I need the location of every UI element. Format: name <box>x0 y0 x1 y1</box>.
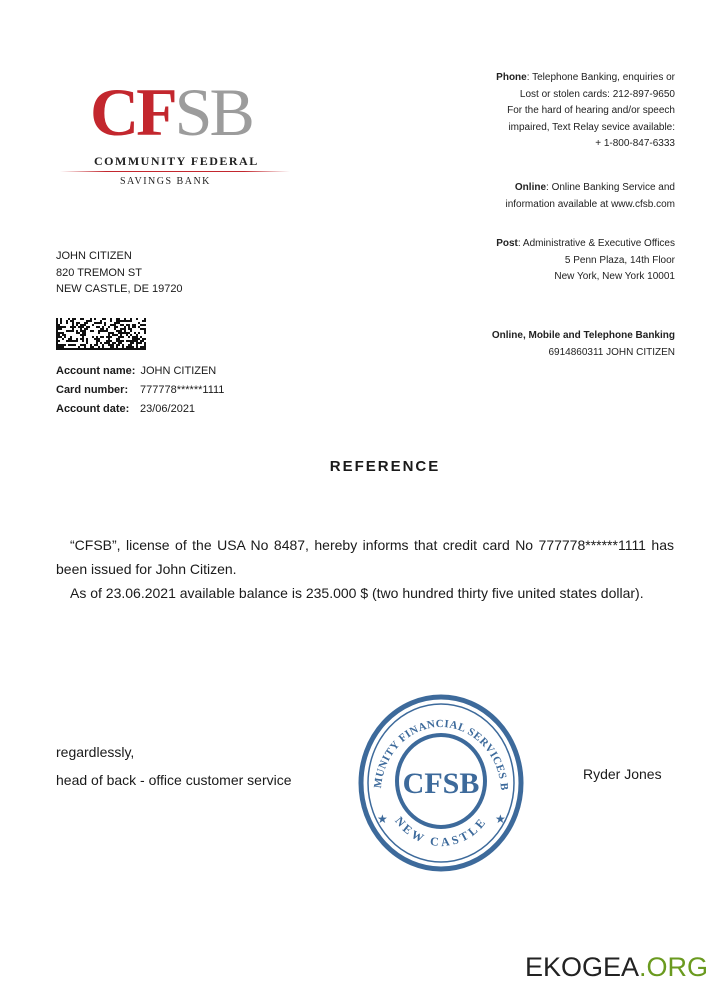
contact-phone: Phone: Telephone Banking, enquiries or L… <box>415 70 675 153</box>
watermark-name: EKOGEA <box>525 952 639 982</box>
logo-mark-red: CF <box>90 74 175 150</box>
post-line: New York, New York 10001 <box>415 269 675 286</box>
banking-label: Online, Mobile and Telephone Banking <box>492 330 675 341</box>
contact-post: Post: Administrative & Executive Offices… <box>415 236 675 286</box>
reference-body: “CFSB”, license of the USA No 8487, here… <box>56 533 674 605</box>
post-line: : Administrative & Executive Offices <box>518 238 675 249</box>
signer-title: head of back - office customer service <box>56 766 292 794</box>
online-label: Online <box>515 182 546 193</box>
online-line: information available at www.cfsb.com <box>415 197 675 214</box>
banking-account-line: 6914860311 JOHN CITIZEN <box>415 345 675 362</box>
recipient-address: JOHN CITIZEN 820 TREMON ST NEW CASTLE, D… <box>56 248 183 298</box>
closing-salutation: regardlessly, <box>56 738 292 766</box>
card-number-value: 777778******1111 <box>140 384 224 396</box>
stamp-star-left-icon: ★ <box>377 812 388 826</box>
account-name-row: Account name:JOHN CITIZEN <box>56 362 224 381</box>
stamp-center-text: CFSB <box>403 767 480 800</box>
logo-line-1: COMMUNITY FEDERAL <box>94 154 259 169</box>
account-name-value: JOHN CITIZEN <box>140 365 216 377</box>
reference-paragraph: “CFSB”, license of the USA No 8487, here… <box>56 533 674 581</box>
account-name-label: Account name: <box>56 362 135 381</box>
document-title: REFERENCE <box>0 458 720 475</box>
site-watermark: EKOGEA.ORG <box>525 952 708 983</box>
phone-line: For the hard of hearing and/or speech <box>415 103 675 120</box>
logo-mark: CFSB <box>90 78 252 146</box>
recipient-street: 820 TREMON ST <box>56 265 183 282</box>
phone-line: impaired, Text Relay sevice available: <box>415 120 675 137</box>
logo-mark-gray: SB <box>175 74 252 150</box>
card-number-label: Card number: <box>56 381 140 400</box>
phone-label: Phone <box>496 72 527 83</box>
account-info: Account name:JOHN CITIZEN Card number:77… <box>56 362 224 419</box>
account-date-row: Account date:23/06/2021 <box>56 400 224 419</box>
online-line: : Online Banking Service and <box>546 182 675 193</box>
post-line: 5 Penn Plaza, 14th Floor <box>415 253 675 270</box>
bank-stamp-icon: COMMUNITY FINANCIAL SERVICES BANK NEW CA… <box>357 693 525 873</box>
svg-text:NEW CASTLE: NEW CASTLE <box>392 814 490 849</box>
recipient-city: NEW CASTLE, DE 19720 <box>56 281 183 298</box>
contact-online: Online: Online Banking Service and infor… <box>415 180 675 213</box>
card-number-row: Card number:777778******1111 <box>56 381 224 400</box>
account-date-value: 23/06/2021 <box>140 403 195 415</box>
bank-logo: CFSB COMMUNITY FEDERAL SAVINGS BANK <box>60 78 290 188</box>
phone-line: : Telephone Banking, enquiries or <box>527 72 675 83</box>
phone-line: Lost or stolen cards: 212-897-9650 <box>415 87 675 104</box>
account-date-label: Account date: <box>56 400 140 419</box>
barcode-icon <box>56 318 146 350</box>
reference-paragraph: As of 23.06.2021 available balance is 23… <box>56 581 674 605</box>
phone-number: + 1-800-847-6333 <box>415 136 675 153</box>
watermark-tld: .ORG <box>639 952 708 982</box>
contact-banking: Online, Mobile and Telephone Banking 691… <box>415 328 675 361</box>
stamp-star-right-icon: ★ <box>495 812 506 826</box>
recipient-name: JOHN CITIZEN <box>56 248 183 265</box>
logo-divider <box>60 171 290 172</box>
closing: regardlessly, head of back - office cust… <box>56 738 292 794</box>
post-label: Post <box>496 238 518 249</box>
logo-line-2: SAVINGS BANK <box>120 176 211 187</box>
signer-name: Ryder Jones <box>583 766 662 782</box>
stamp-bottom-text: NEW CASTLE <box>392 814 490 849</box>
